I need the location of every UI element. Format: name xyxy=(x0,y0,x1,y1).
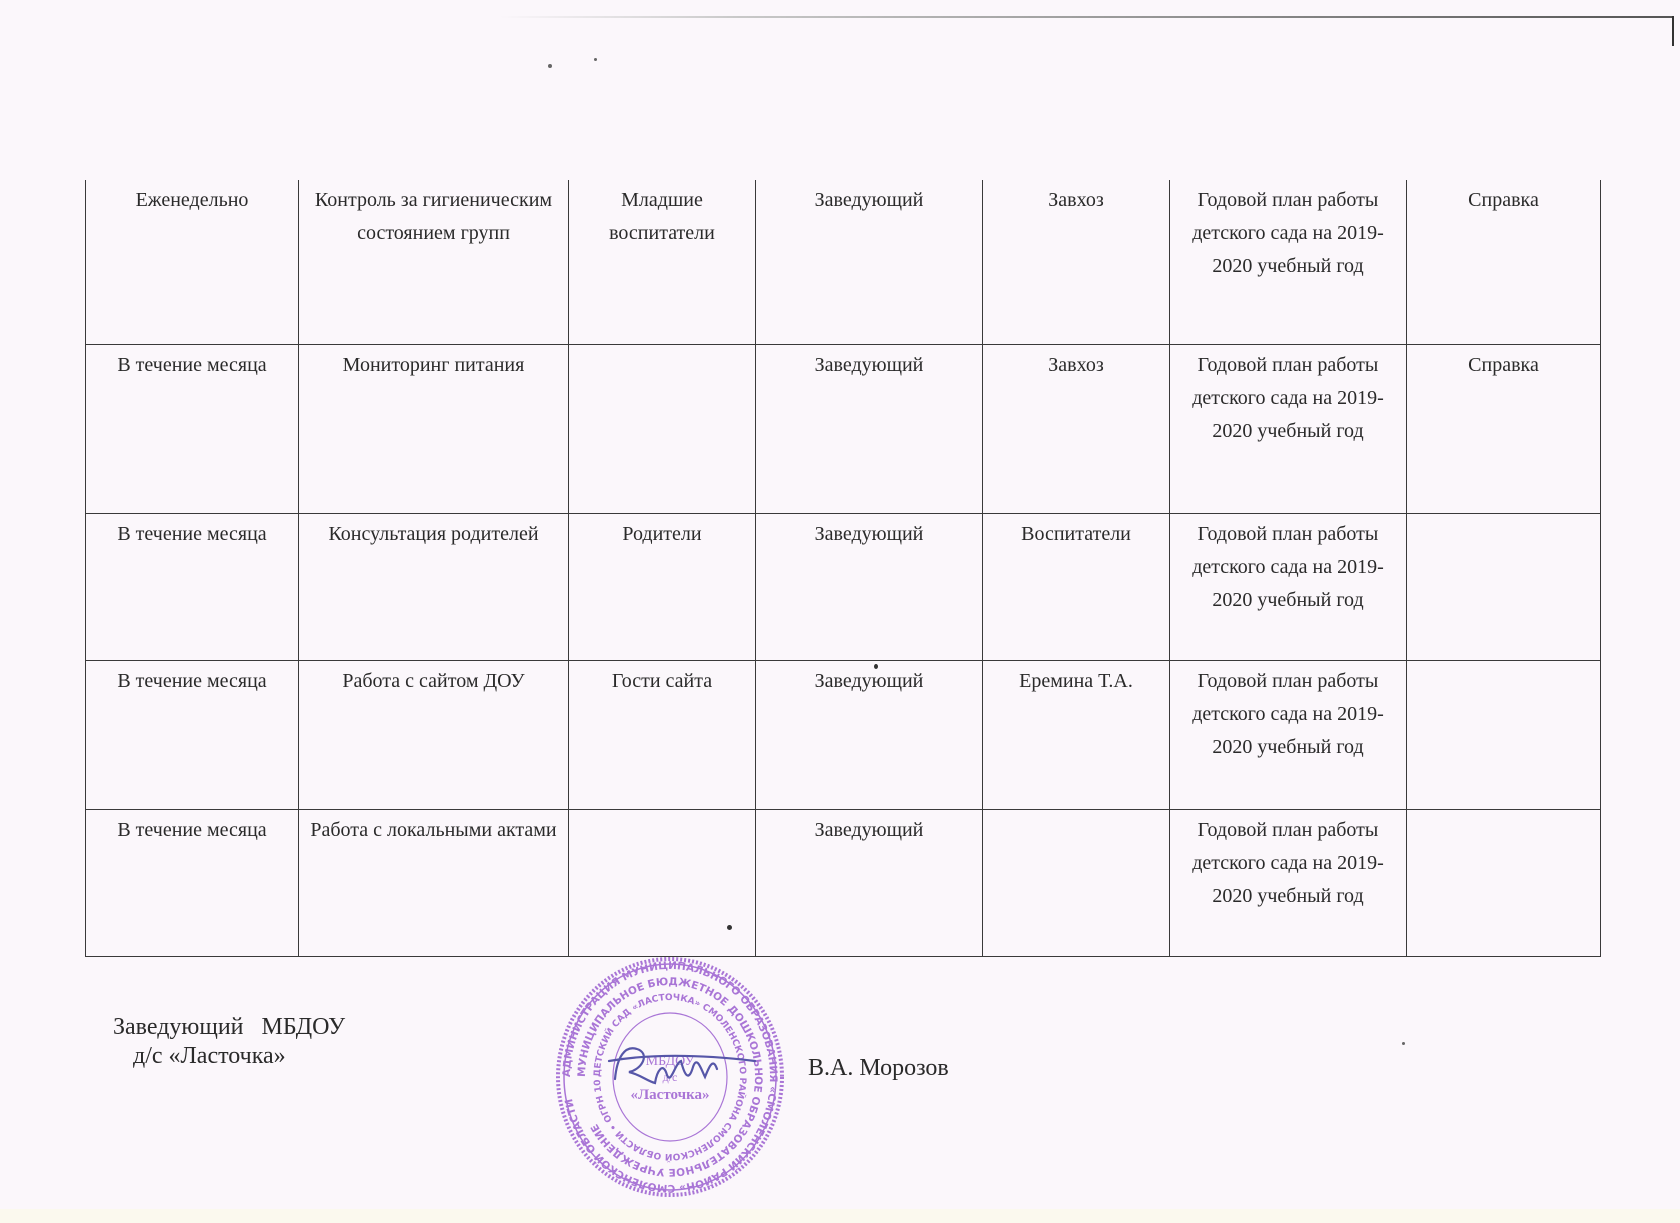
cell-responsible: Заведующий xyxy=(756,661,983,810)
cell-responsible: Заведующий xyxy=(756,810,983,957)
cell-responsible: Заведующий xyxy=(756,514,983,661)
cell-participants: Родители xyxy=(569,514,756,661)
table-row: В течение месяца Мониторинг питания Заве… xyxy=(86,345,1601,514)
signatory-position-line2: д/с «Ласточка» xyxy=(113,1042,345,1071)
cell-executor: Завхоз xyxy=(983,345,1170,514)
cell-result: Справка xyxy=(1407,345,1601,514)
cell-participants xyxy=(569,810,756,957)
scan-edge-right xyxy=(1672,16,1674,46)
signatory-name: В.А. Морозов xyxy=(808,1055,949,1082)
signatory-position: Заведующий МБДОУ д/с «Ласточка» xyxy=(113,1013,345,1071)
cell-basis: Годовой план работы детского сада на 201… xyxy=(1170,810,1407,957)
scan-edge-bottom xyxy=(0,1209,1680,1223)
cell-basis: Годовой план работы детского сада на 201… xyxy=(1170,514,1407,661)
cell-result xyxy=(1407,661,1601,810)
cell-period: В течение месяца xyxy=(86,661,299,810)
cell-result: Справка xyxy=(1407,180,1601,345)
scan-speck xyxy=(548,64,552,68)
cell-basis: Годовой план работы детского сада на 201… xyxy=(1170,345,1407,514)
cell-executor xyxy=(983,810,1170,957)
cell-participants: Младшие воспитатели xyxy=(569,180,756,345)
cell-executor: Завхоз xyxy=(983,180,1170,345)
cell-result xyxy=(1407,514,1601,661)
cell-activity: Мониторинг питания xyxy=(299,345,569,514)
table-row: Еженедельно Контроль за гигиеническим со… xyxy=(86,180,1601,345)
cell-period: Еженедельно xyxy=(86,180,299,345)
cell-basis: Годовой план работы детского сада на 201… xyxy=(1170,180,1407,345)
cell-participants xyxy=(569,345,756,514)
scan-speck xyxy=(594,58,597,61)
table-row: В течение месяца Работа с сайтом ДОУ Гос… xyxy=(86,661,1601,810)
cell-responsible: Заведующий xyxy=(756,180,983,345)
table-row: В течение месяца Консультация родителей … xyxy=(86,514,1601,661)
cell-period: В течение месяца xyxy=(86,810,299,957)
cell-responsible: Заведующий xyxy=(756,345,983,514)
control-plan-table: Еженедельно Контроль за гигиеническим со… xyxy=(85,180,1601,957)
cell-activity: Консультация родителей xyxy=(299,514,569,661)
signatory-position-line1: Заведующий МБДОУ xyxy=(113,1013,345,1042)
cell-executor: Воспитатели xyxy=(983,514,1170,661)
cell-activity: Работа с локальными актами xyxy=(299,810,569,957)
svg-text:«Ласточка»: «Ласточка» xyxy=(631,1087,710,1103)
scan-edge-top xyxy=(500,16,1673,18)
cell-activity: Контроль за гигиеническим состоянием гру… xyxy=(299,180,569,345)
scan-speck xyxy=(1402,1042,1405,1045)
cell-result xyxy=(1407,810,1601,957)
cell-basis: Годовой план работы детского сада на 201… xyxy=(1170,661,1407,810)
official-stamp-icon: АДМИНИСТРАЦИЯ МУНИЦИПАЛЬНОГО ОБРАЗОВАНИЯ… xyxy=(555,957,785,1197)
cell-activity: Работа с сайтом ДОУ xyxy=(299,661,569,810)
cell-period: В течение месяца xyxy=(86,345,299,514)
cell-period: В течение месяца xyxy=(86,514,299,661)
table-row: В течение месяца Работа с локальными акт… xyxy=(86,810,1601,957)
cell-executor: Еремина Т.А. xyxy=(983,661,1170,810)
cell-participants: Гости сайта xyxy=(569,661,756,810)
